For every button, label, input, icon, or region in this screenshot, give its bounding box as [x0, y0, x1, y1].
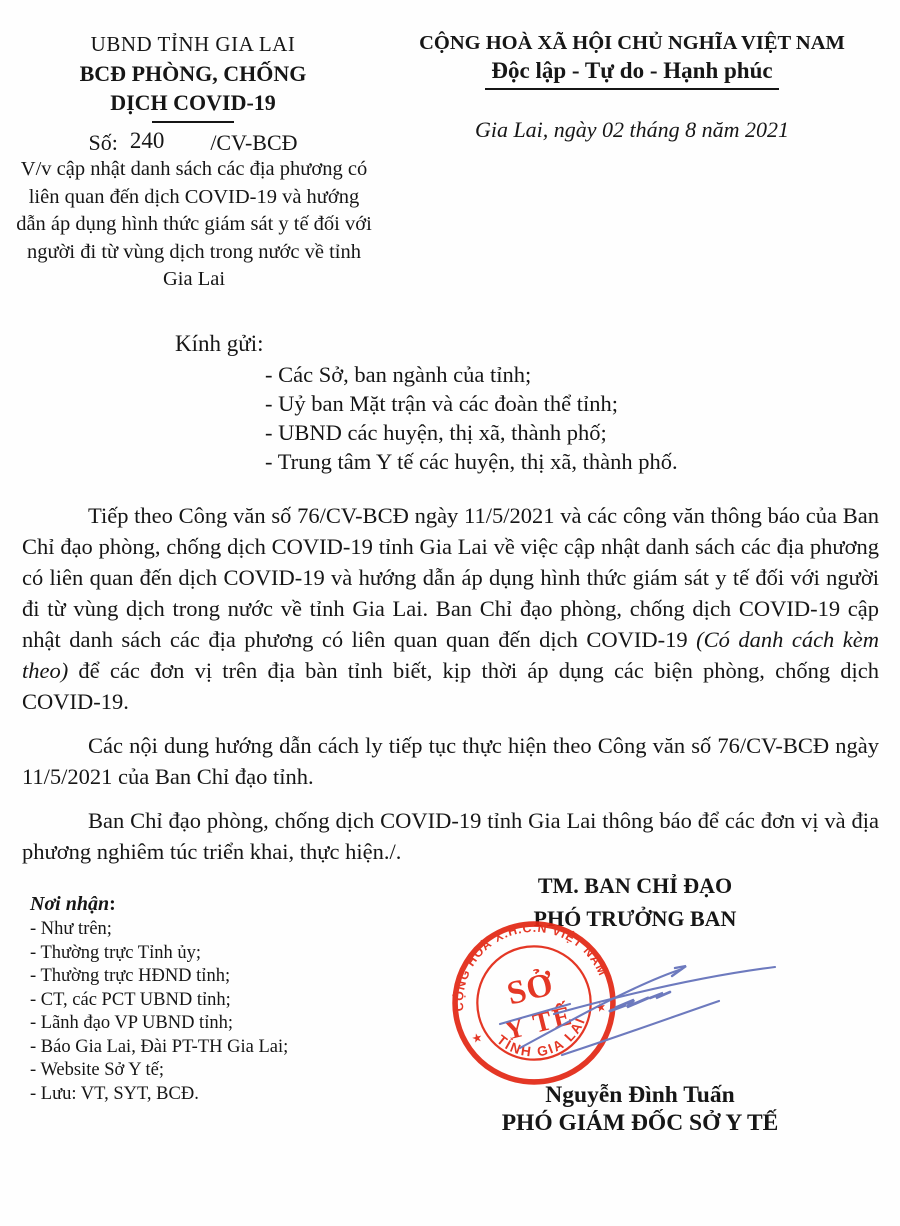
signature-stroke	[650, 992, 670, 998]
distribution-item: - Thường trực HĐND tỉnh;	[30, 965, 390, 989]
distribution-item: - Thường trực Tỉnh ủy;	[30, 942, 390, 966]
place-date-line: Gia Lai, ngày 02 tháng 8 năm 2021	[372, 117, 892, 143]
recipient-item: - Uỷ ban Mặt trận và các đoàn thể tỉnh;	[265, 389, 815, 418]
signature-stroke	[520, 969, 682, 1048]
national-header-block: CỘNG HOÀ XÃ HỘI CHỦ NGHĨA VIỆT NAM Độc l…	[372, 30, 892, 143]
recipient-item: - Trung tâm Y tế các huyện, thị xã, thàn…	[265, 447, 815, 476]
distribution-item: - Lãnh đạo VP UBND tỉnh;	[30, 1012, 390, 1036]
document-number-value: 240	[130, 128, 165, 154]
recipients-list: - Các Sở, ban ngành của tỉnh; - Uỷ ban M…	[265, 360, 815, 476]
org-name-line2: DỊCH COVID-19	[18, 88, 368, 117]
national-title: CỘNG HOÀ XÃ HỘI CHỦ NGHĨA VIỆT NAM	[372, 30, 892, 57]
distribution-item: - CT, các PCT UBND tỉnh;	[30, 989, 390, 1013]
signature-stroke	[610, 998, 648, 1011]
paragraph1-text-end: để các đơn vị trên địa bàn tỉnh biết, kị…	[22, 658, 879, 714]
document-number-suffix: /CV-BCĐ	[210, 130, 297, 155]
org-divider-rule	[152, 121, 234, 123]
body-paragraph-2: Các nội dung hướng dẫn cách ly tiếp tục …	[22, 730, 879, 792]
signature-stroke	[562, 1001, 719, 1055]
document-number-label: Số:	[88, 130, 117, 155]
document-body: Tiếp theo Công văn số 76/CV-BCĐ ngày 11/…	[22, 500, 879, 867]
signer-name: Nguyễn Đình Tuấn	[436, 1081, 844, 1109]
signature-scribble	[498, 948, 798, 1073]
national-motto: Độc lập - Tự do - Hạnh phúc	[485, 57, 778, 90]
parent-org-name: UBND TỈNH GIA LAI	[18, 30, 368, 59]
issuing-org-block: UBND TỈNH GIA LAI BCĐ PHÒNG, CHỐNG DỊCH …	[18, 30, 368, 156]
signature-stroke	[554, 967, 775, 1014]
signer-title: PHÓ GIÁM ĐỐC SỞ Y TẾ	[436, 1109, 844, 1138]
distribution-label: Nơi nhận:	[30, 891, 390, 918]
recipients-label: Kính gửi:	[175, 328, 815, 360]
recipients-block: Kính gửi: - Các Sở, ban ngành của tỉnh; …	[175, 328, 815, 476]
distribution-block: Nơi nhận: - Như trên; - Thường trực Tỉnh…	[30, 891, 390, 1106]
distribution-item: - Như trên;	[30, 918, 390, 942]
recipient-item: - Các Sở, ban ngành của tỉnh;	[265, 360, 815, 389]
distribution-item: - Website Sở Y tế;	[30, 1059, 390, 1083]
authority-line-1: TM. BAN CHỈ ĐẠO	[430, 869, 840, 902]
signer-block: Nguyễn Đình Tuấn PHÓ GIÁM ĐỐC SỞ Y TẾ	[436, 1081, 844, 1138]
distribution-list: - Như trên; - Thường trực Tỉnh ủy; - Thư…	[30, 918, 390, 1106]
document-number-line: Số:240/CV-BCĐ	[18, 130, 368, 156]
org-name-line1: BCĐ PHÒNG, CHỐNG	[18, 59, 368, 88]
document-subject: V/v cập nhật danh sách các địa phương có…	[16, 156, 372, 294]
distribution-item: - Báo Gia Lai, Đài PT-TH Gia Lai;	[30, 1036, 390, 1060]
distribution-item: - Lưu: VT, SYT, BCĐ.	[30, 1083, 390, 1107]
recipient-item: - UBND các huyện, thị xã, thành phố;	[265, 418, 815, 447]
stamp-star-left-icon: ★	[470, 1030, 484, 1046]
body-paragraph-3: Ban Chỉ đạo phòng, chống dịch COVID-19 t…	[22, 805, 879, 867]
body-paragraph-1: Tiếp theo Công văn số 76/CV-BCĐ ngày 11/…	[22, 500, 879, 717]
signature-stroke	[500, 1004, 570, 1024]
official-document-page: UBND TỈNH GIA LAI BCĐ PHÒNG, CHỐNG DỊCH …	[0, 0, 900, 1226]
